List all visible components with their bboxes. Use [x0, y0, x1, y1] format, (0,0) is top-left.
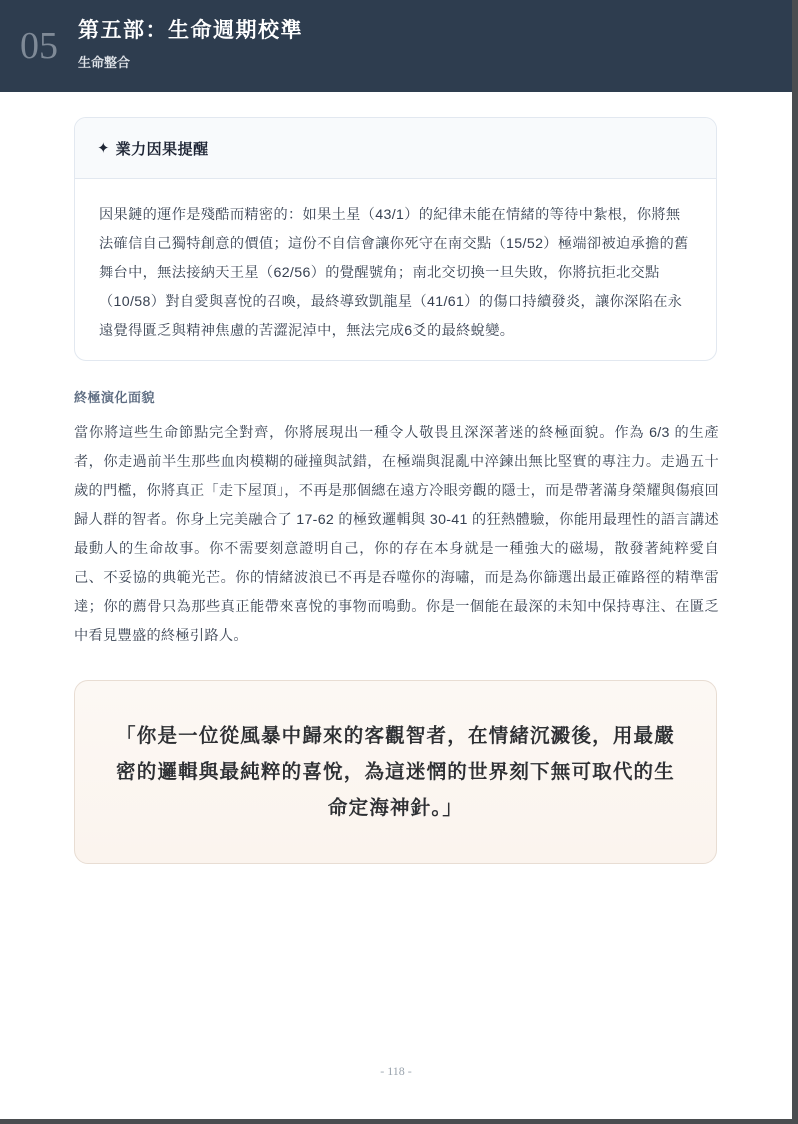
card-header: ✦ 業力因果提醒: [75, 118, 716, 179]
sparkle-star-icon: ✦: [97, 141, 110, 156]
quote-text: 「你是一位從風暴中歸來的客觀智者，在情緒沉澱後，用最嚴密的邏輯與最純粹的喜悅，為…: [115, 718, 676, 826]
quote-box: 「你是一位從風暴中歸來的客觀智者，在情緒沉澱後，用最嚴密的邏輯與最純粹的喜悅，為…: [74, 680, 717, 864]
chapter-title: 第五部：生命週期校準: [78, 17, 303, 45]
chapter-subtitle: 生命整合: [78, 54, 130, 72]
section-body-text: 當你將這些生命節點完全對齊，你將展現出一種令人敬畏且深深著迷的終極面貌。作為 6…: [74, 419, 719, 651]
document-page: 05 第五部：生命週期校準 生命整合 ✦ 業力因果提醒 因果鏈的運作是殘酷而精密…: [0, 0, 792, 1119]
page-number: - 118 -: [0, 1064, 792, 1079]
karma-reminder-card: ✦ 業力因果提醒 因果鏈的運作是殘酷而精密的：如果土星（43/1）的紀律未能在情…: [74, 117, 717, 361]
card-body-text: 因果鏈的運作是殘酷而精密的：如果土星（43/1）的紀律未能在情緒的等待中紮根，你…: [75, 179, 716, 346]
chapter-number: 05: [20, 26, 58, 66]
section-heading: 終極演化面貌: [74, 389, 155, 407]
chapter-header: 05 第五部：生命週期校準 生命整合: [0, 0, 792, 92]
card-title: 業力因果提醒: [116, 138, 209, 159]
